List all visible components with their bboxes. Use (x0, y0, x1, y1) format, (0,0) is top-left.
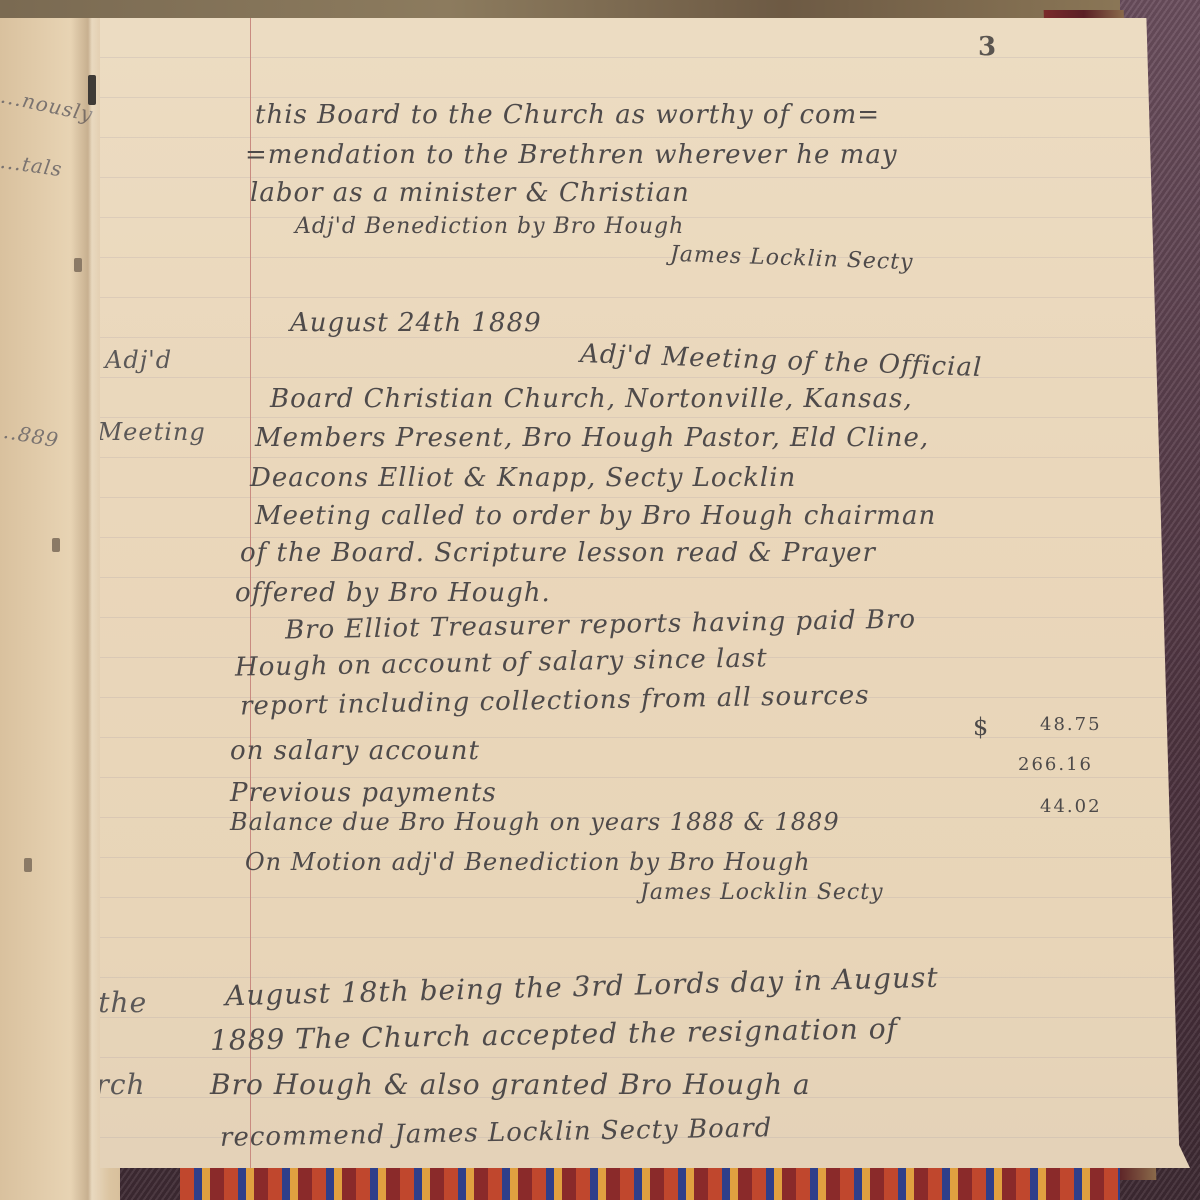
entry-line: Board Christian Church, Nortonville, Kan… (270, 384, 913, 414)
currency-symbol: $ (973, 713, 990, 741)
left-page-fragment: ...tals (0, 149, 64, 181)
ledger-amount: 44.02 (1040, 796, 1102, 817)
entry-line: this Board to the Church as worthy of co… (255, 100, 880, 130)
binding-stitch (74, 258, 82, 272)
signature: James Locklin Secty (640, 880, 884, 905)
left-page-fragment: ...889 (0, 418, 61, 453)
ledger-label: Previous payments (230, 778, 497, 808)
entry-line: Members Present, Bro Hough Pastor, Eld C… (255, 423, 929, 453)
entry-line: Deacons Elliot & Knapp, Secty Locklin (250, 463, 796, 493)
closing-line: Adj'd Benediction by Bro Hough (295, 214, 684, 239)
closing-line: On Motion adj'd Benediction by Bro Hough (245, 848, 811, 876)
entry-line: Meeting called to order by Bro Hough cha… (255, 501, 936, 531)
ledger-amount: 266.16 (1018, 754, 1093, 775)
binding-stitch (24, 858, 32, 872)
entry-line: labor as a minister & Christian (250, 178, 690, 208)
entry-line: of the Board. Scripture lesson read & Pr… (240, 538, 876, 568)
entry-line: Bro Hough & also granted Bro Hough a (210, 1068, 811, 1101)
entry-line: =mendation to the Brethren wherever he m… (245, 140, 898, 170)
ledger-amount: 48.75 (1040, 714, 1102, 735)
binding-stitch (52, 538, 60, 552)
page-number: 3 (978, 32, 996, 62)
entry-line: offered by Bro Hough. (235, 578, 551, 608)
ledger-label: Balance due Bro Hough on years 1888 & 18… (230, 808, 840, 836)
margin-note-meeting: 'Meeting (90, 418, 206, 446)
ledger-page: 3 this Board to the Church as worthy of … (100, 18, 1190, 1168)
binding-staple (88, 75, 96, 105)
ledger-label: on salary account (230, 736, 480, 766)
entry-date: August 24th 1889 (290, 308, 542, 338)
margin-note-adjourned: Adj'd (105, 346, 172, 374)
